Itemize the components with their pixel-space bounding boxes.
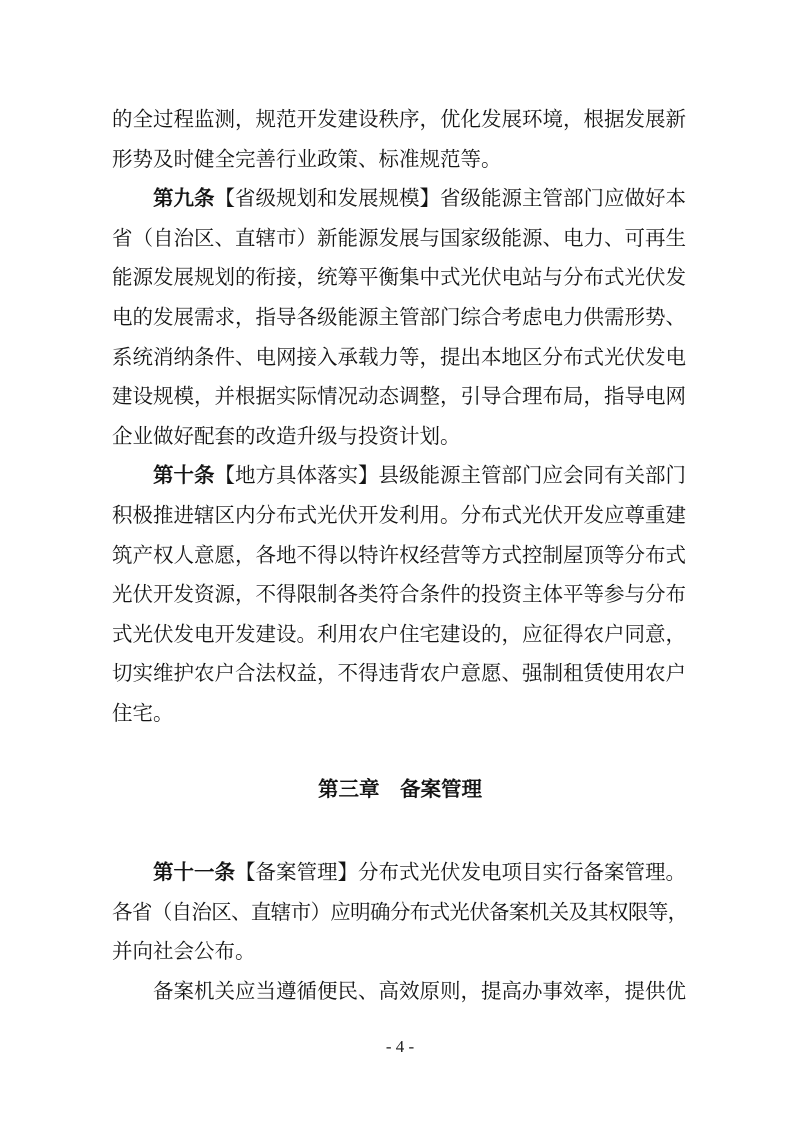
document-body: 的全过程监测，规范开发建设秩序，优化发展环境，根据发展新形势及时健全完善行业政策…	[112, 100, 688, 1011]
text-line: 式光伏发电开发建设。利用农户住宅建设的，应征得农户同意，	[112, 615, 688, 655]
text-run: 企业做好配套的改造升级与投资计划。	[112, 425, 461, 448]
text-line: 第十条【地方具体落实】县级能源主管部门应会同有关部门	[112, 456, 688, 496]
text-run: 备案机关应当遵循便民、高效原则，提高办事效率，提供优	[153, 980, 686, 1003]
text-line: 备案机关应当遵循便民、高效原则，提高办事效率，提供优	[112, 972, 688, 1012]
text-run: 积极推进辖区内分布式光伏开发利用。分布式光伏开发应尊重建	[112, 504, 686, 527]
text-run: 光伏开发资源，不得限制各类符合条件的投资主体平等参与分布	[112, 583, 686, 606]
document-page: 的全过程监测，规范开发建设秩序，优化发展环境，根据发展新形势及时健全完善行业政策…	[0, 0, 800, 1131]
text-line: 并向社会公布。	[112, 932, 688, 972]
text-run: 【地方具体落实】县级能源主管部门应会同有关部门	[215, 464, 687, 487]
text-run: 并向社会公布。	[112, 940, 256, 963]
article-number: 第九条	[153, 187, 215, 210]
text-line: 建设规模，并根据实际情况动态调整，引导合理布局，指导电网	[112, 377, 688, 417]
text-run: 第三章 备案管理	[318, 778, 482, 801]
text-run: 住宅。	[112, 702, 174, 725]
text-run: 建设规模，并根据实际情况动态调整，引导合理布局，指导电网	[112, 385, 686, 408]
text-run: 式光伏发电开发建设。利用农户住宅建设的，应征得农户同意，	[112, 623, 686, 646]
text-line: 系统消纳条件、电网接入承载力等，提出本地区分布式光伏发电	[112, 338, 688, 378]
text-line: 省（自治区、直辖市）新能源发展与国家级能源、电力、可再生	[112, 219, 688, 259]
article-number: 第十条	[153, 464, 215, 487]
text-line: 电的发展需求，指导各级能源主管部门综合考虑电力供需形势、	[112, 298, 688, 338]
text-line: 企业做好配套的改造升级与投资计划。	[112, 417, 688, 457]
text-run: 【备案管理】分布式光伏发电项目实行备案管理。	[235, 861, 686, 884]
text-line: 形势及时健全完善行业政策、标准规范等。	[112, 140, 688, 180]
text-run: 【省级规划和发展规模】省级能源主管部门应做好本	[215, 187, 687, 210]
text-run: 的全过程监测，规范开发建设秩序，优化发展环境，根据发展新	[112, 108, 686, 131]
text-line: 的全过程监测，规范开发建设秩序，优化发展环境，根据发展新	[112, 100, 688, 140]
text-line: 能源发展规划的衔接，统筹平衡集中式光伏电站与分布式光伏发	[112, 258, 688, 298]
text-run: 形势及时健全完善行业政策、标准规范等。	[112, 148, 502, 171]
text-line: 住宅。	[112, 694, 688, 734]
text-line: 积极推进辖区内分布式光伏开发利用。分布式光伏开发应尊重建	[112, 496, 688, 536]
text-line: 筑产权人意愿，各地不得以特许权经营等方式控制屋顶等分布式	[112, 536, 688, 576]
text-run: 能源发展规划的衔接，统筹平衡集中式光伏电站与分布式光伏发	[112, 266, 686, 289]
text-run: 电的发展需求，指导各级能源主管部门综合考虑电力供需形势、	[112, 306, 686, 329]
article-number: 第十一条	[153, 861, 235, 884]
text-run: 各省（自治区、直辖市）应明确分布式光伏备案机关及其权限等，	[112, 901, 688, 924]
text-line: 第十一条【备案管理】分布式光伏发电项目实行备案管理。	[112, 853, 688, 893]
text-line: 各省（自治区、直辖市）应明确分布式光伏备案机关及其权限等，	[112, 893, 688, 933]
text-run: 省（自治区、直辖市）新能源发展与国家级能源、电力、可再生	[112, 227, 686, 250]
text-run: 系统消纳条件、电网接入承载力等，提出本地区分布式光伏发电	[112, 346, 686, 369]
text-line: 光伏开发资源，不得限制各类符合条件的投资主体平等参与分布	[112, 575, 688, 615]
text-run: 筑产权人意愿，各地不得以特许权经营等方式控制屋顶等分布式	[112, 544, 686, 567]
text-line: 第九条【省级规划和发展规模】省级能源主管部门应做好本	[112, 179, 688, 219]
chapter-heading: 第三章 备案管理	[112, 770, 688, 810]
text-run: 切实维护农户合法权益，不得违背农户意愿、强制租赁使用农户	[112, 662, 686, 685]
text-line: 切实维护农户合法权益，不得违背农户意愿、强制租赁使用农户	[112, 654, 688, 694]
page-number: - 4 -	[0, 1036, 800, 1058]
